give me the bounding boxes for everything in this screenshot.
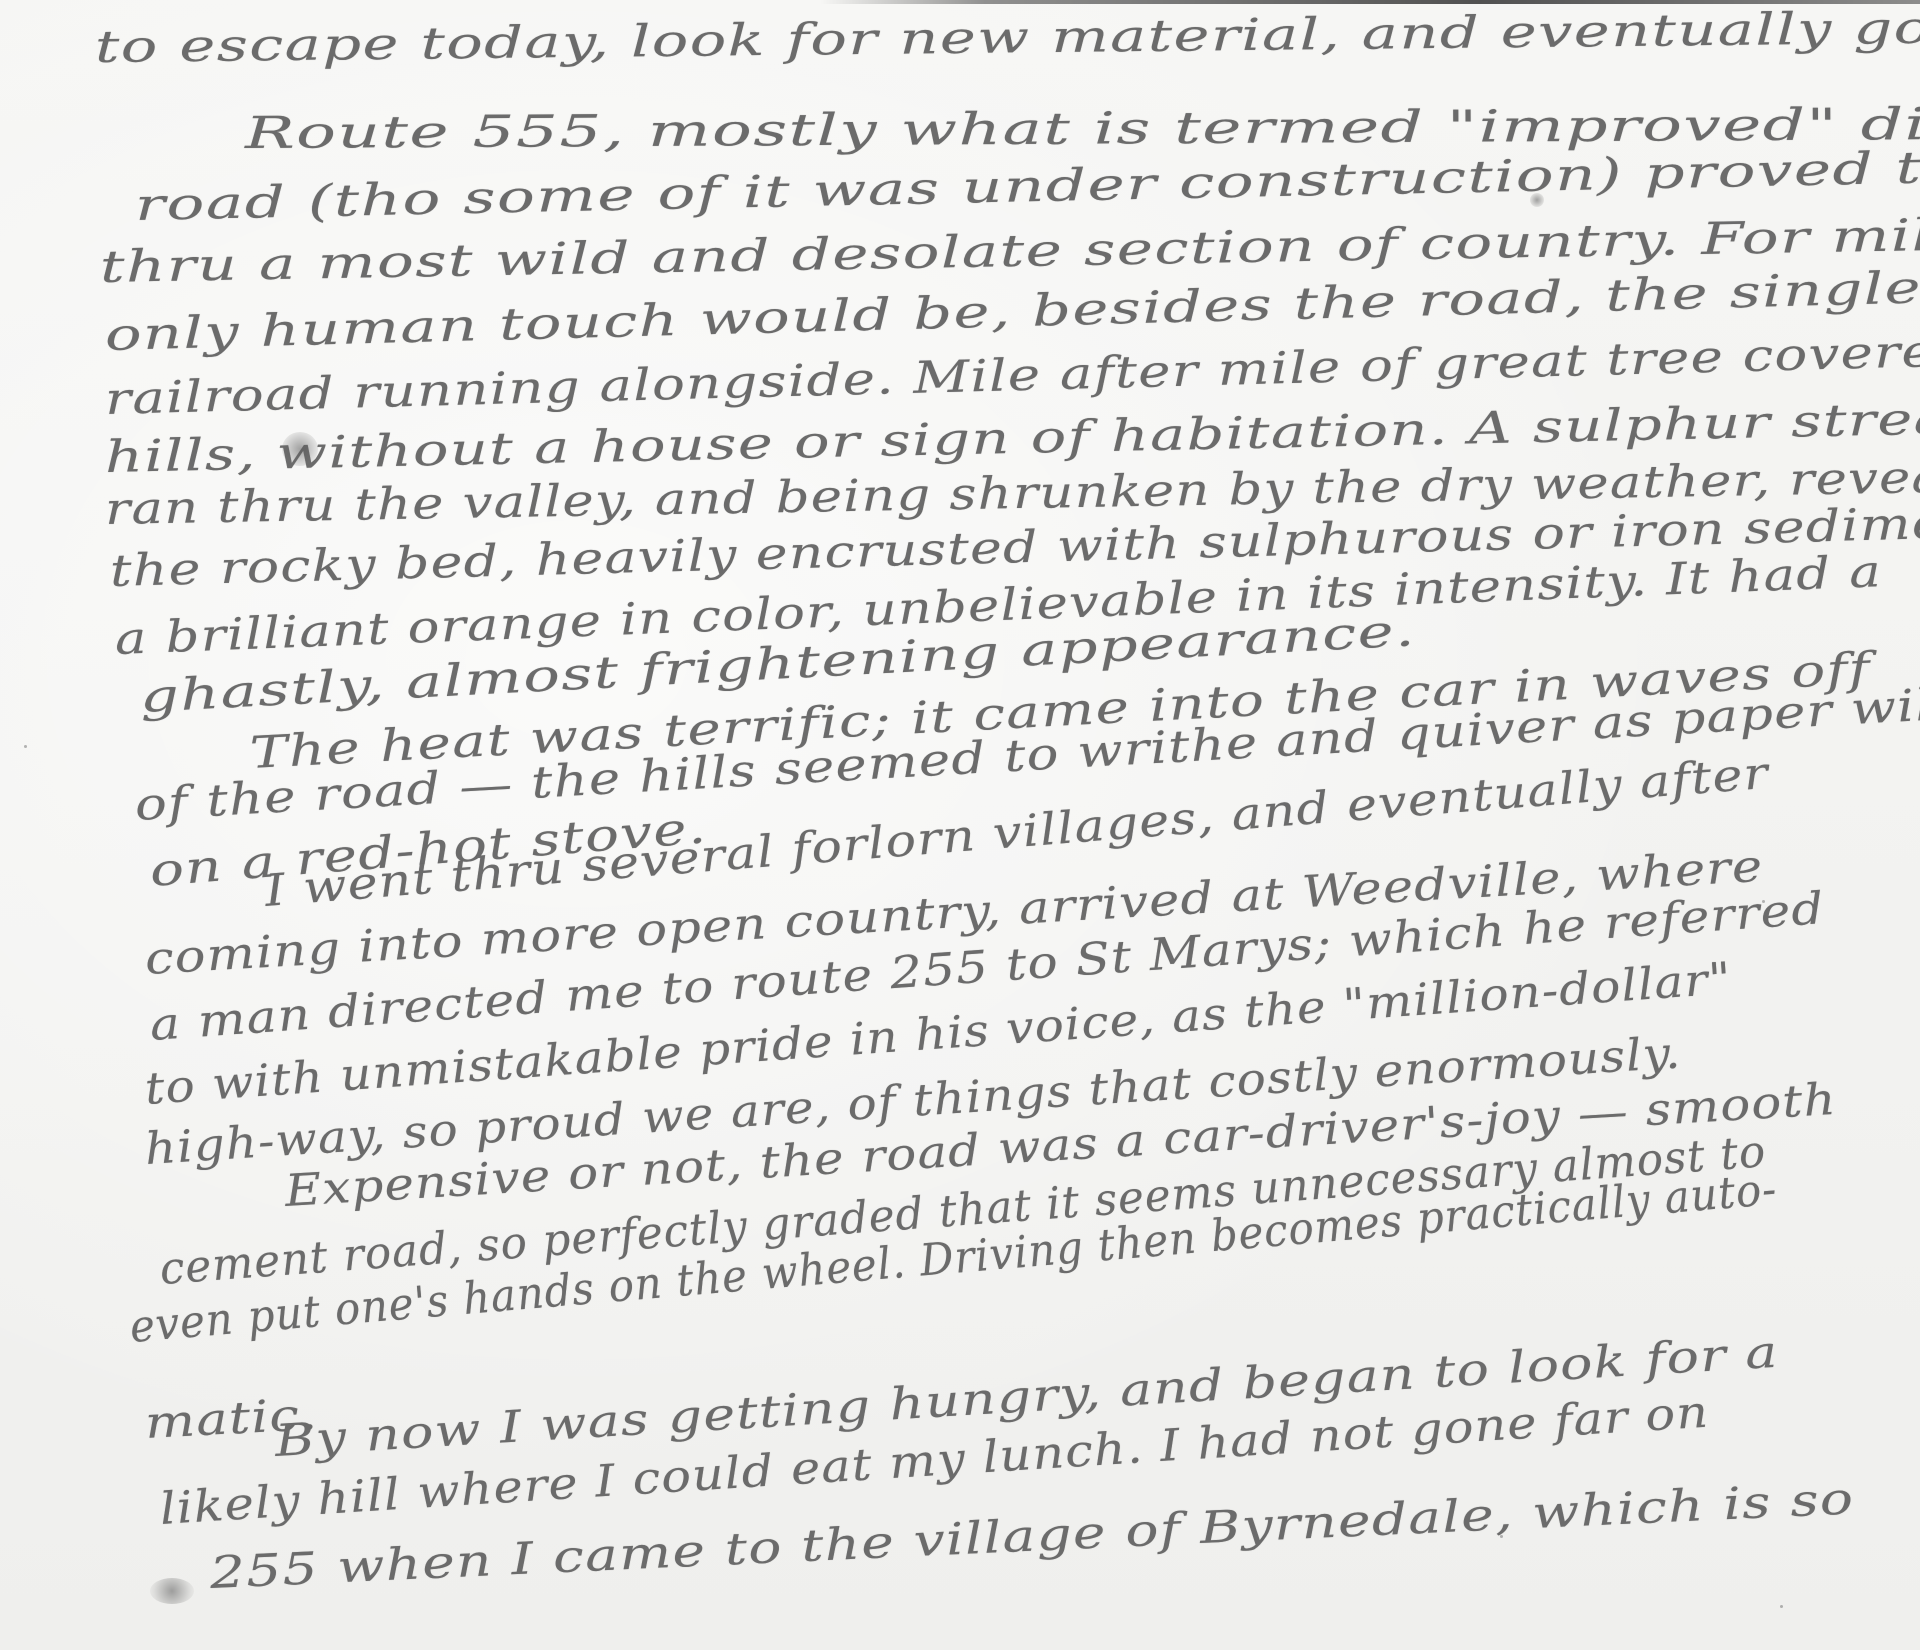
pencil-scribble-mark [282, 432, 318, 466]
paper-speck [1762, 900, 1765, 903]
manuscript-line-1: to escape today, look for new material, … [95, 1, 1920, 73]
paper-speck [24, 745, 27, 748]
paper-speck [1780, 1605, 1783, 1608]
pencil-scribble-mark [1530, 193, 1544, 207]
manuscript-page: to escape today, look for new material, … [0, 0, 1920, 1650]
pencil-scribble-mark [150, 1578, 194, 1604]
paper-speck [1500, 1535, 1503, 1538]
scan-top-edge-shadow [820, 0, 1920, 4]
